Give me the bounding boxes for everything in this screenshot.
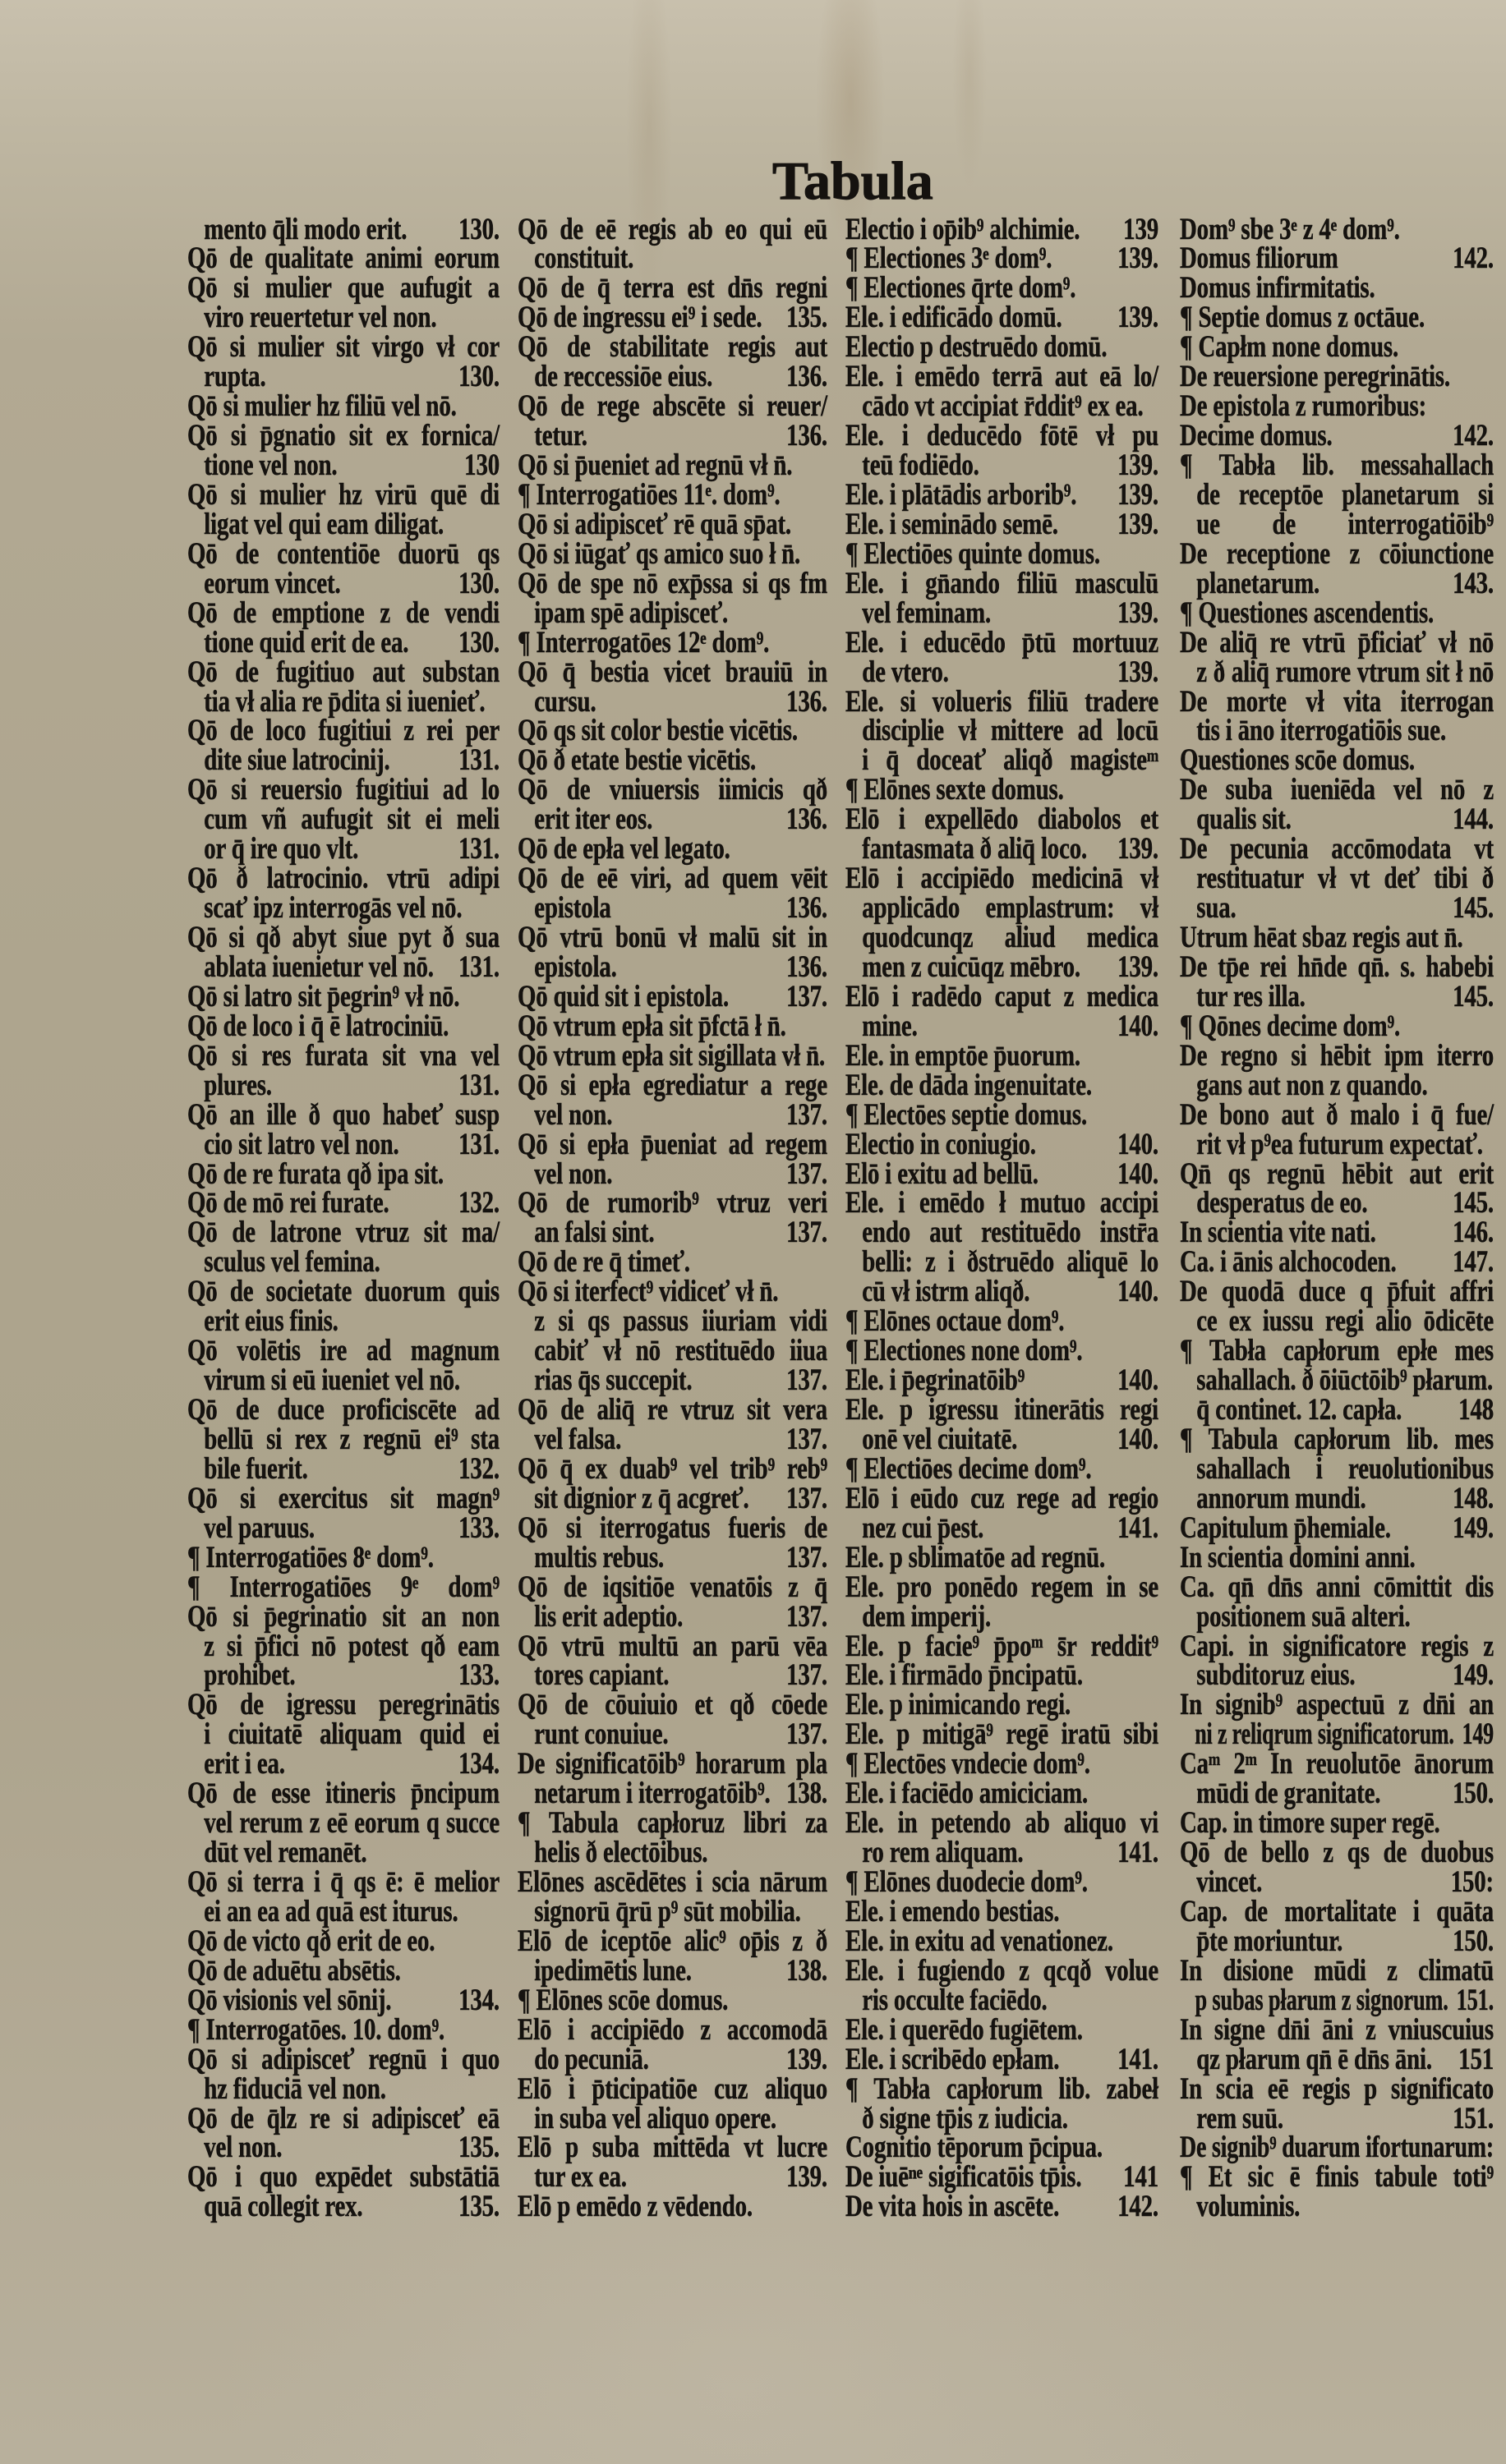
section-heading: ¶ Tabła lib. messahallach bbox=[1180, 451, 1494, 480]
index-entry: Elō i eūdo cuz rege ad regio bbox=[845, 1484, 1158, 1514]
entry-text: Qō de cōuiuio et qð cōede bbox=[518, 1690, 827, 1720]
index-entry: Ele. i educēdo p̄tū mortuuz bbox=[845, 628, 1158, 658]
index-entry: Qō qs sit color bestie vicētis. bbox=[518, 716, 827, 746]
entry-text: rias q̄s succepit. bbox=[534, 1366, 692, 1395]
index-entry: rupta.130. bbox=[187, 362, 500, 392]
section-heading: ¶ Et sic ē finis tabule toti⁹ bbox=[1180, 2163, 1494, 2192]
index-entry: Qō de societate duorum quis bbox=[187, 1277, 500, 1307]
page-reference: 150. bbox=[1453, 1927, 1494, 1956]
index-entry: De tp̄e rei hn̄de qn̄. s. habebi bbox=[1180, 953, 1494, 982]
entry-text: Qō de loco i q̄ ē latrociniū. bbox=[187, 1012, 449, 1041]
entry-text: scať ipz interrogās vel nō. bbox=[204, 894, 462, 923]
page-reference: 131. bbox=[458, 834, 500, 864]
page-reference: 131. bbox=[458, 1071, 500, 1101]
index-entry: Ca. i ānis alchocoden.147. bbox=[1180, 1248, 1494, 1277]
section-heading: ¶ Septie domus z octāue. bbox=[1180, 303, 1494, 333]
entry-text: Cap. de mortalitate i quāta bbox=[1180, 1897, 1494, 1927]
page-reference: 137. bbox=[786, 1543, 827, 1573]
index-entry: epistola136. bbox=[518, 894, 827, 923]
index-entry: Qō si qð abyt siue pyt ð sua bbox=[187, 923, 500, 953]
index-entry: Qō ð latrocinio. vtrū adipi bbox=[187, 864, 500, 894]
index-entry: Dom⁹ sbe 3ᵉ z 4ᵉ dom⁹. bbox=[1180, 215, 1494, 245]
page-reference: 142. bbox=[1453, 244, 1494, 274]
index-entry: plures.131. bbox=[187, 1071, 500, 1101]
page-reference: 149 bbox=[1462, 1720, 1494, 1749]
section-heading-text: ¶ Electiōes quinte domus. bbox=[845, 540, 1100, 569]
index-entry: Ele. de dāda ingenuitate. bbox=[845, 1071, 1158, 1101]
entry-text: p subas płarum z signorum. bbox=[1195, 1986, 1448, 2016]
entry-text: Dom⁹ sbe 3ᵉ z 4ᵉ dom⁹. bbox=[1180, 215, 1400, 245]
page-reference: 137. bbox=[786, 1366, 827, 1395]
index-entry: men z cuicūqz mēbro.139. bbox=[845, 953, 1158, 982]
entry-text: bile fuerit. bbox=[204, 1455, 307, 1484]
entry-text: Qō si mulier hz filiū vel nō. bbox=[187, 392, 457, 421]
index-entry: Ele. i firmādo p̄ncipatū. bbox=[845, 1661, 1158, 1690]
entry-text: Qō de eē viri, ad quem vēit bbox=[518, 864, 827, 894]
entry-text: de receptōe planetarum si bbox=[1196, 480, 1494, 510]
section-heading: ¶ Tabula capłoruz libri za bbox=[518, 1809, 827, 1838]
entry-text: De epistola z rumoribus: bbox=[1180, 392, 1426, 421]
section-heading-text: ¶ Electiones q̄rte dom⁹. bbox=[845, 274, 1075, 303]
index-entry: Qō de q̄lz re si adipisceť eā bbox=[187, 2104, 500, 2134]
entry-text: cādo vt accipiat r̄ddit⁹ ex ea. bbox=[862, 392, 1143, 421]
index-entry: rem suū.151. bbox=[1180, 2104, 1494, 2134]
page-reference: 132. bbox=[458, 1188, 500, 1218]
entry-text: Ele. in petendo ab aliquo vi bbox=[845, 1809, 1158, 1838]
page-reference: 137. bbox=[786, 1602, 827, 1632]
entry-text: epistola bbox=[534, 894, 610, 923]
index-entry: mine.140. bbox=[845, 1012, 1158, 1041]
section-heading: ¶ Interrogatiōes 9ᵉ dom⁹ bbox=[187, 1573, 500, 1602]
page-reference: 130. bbox=[458, 215, 500, 245]
index-entry: tores capiant.137. bbox=[518, 1661, 827, 1690]
index-entry: mento q̄li modo erit.130. bbox=[187, 215, 500, 245]
entry-text: planetarum. bbox=[1196, 569, 1319, 599]
page-reference: 130 bbox=[464, 451, 500, 480]
index-entry: virum si eū iueniet vel nō. bbox=[187, 1366, 500, 1395]
index-entry: ue de interrogatiōib⁹ bbox=[1180, 510, 1494, 540]
entry-text: ligat vel qui eam diligat. bbox=[204, 510, 444, 540]
entry-text: Ele. i faciēdo amiciciam. bbox=[845, 1779, 1088, 1809]
entry-text: De vita hois in ascēte. bbox=[845, 2192, 1059, 2222]
entry-text: Qō de re furata qð ipa sit. bbox=[187, 1160, 444, 1189]
entry-text: In scientia vite nati. bbox=[1180, 1218, 1376, 1248]
entry-text: tur ex ea. bbox=[534, 2163, 627, 2192]
entry-text: ro rem aliquam. bbox=[862, 1838, 1023, 1868]
index-entry: Qō vtrum epła sit p̄fctā ł n̄. bbox=[518, 1012, 827, 1041]
index-column-1: mento q̄li modo erit.130.Qō de qualitate… bbox=[187, 215, 500, 2223]
entry-text: Qō de aliq̄ re vtruz sit vera bbox=[518, 1395, 827, 1425]
index-entry: Decime domus.142. bbox=[1180, 421, 1494, 451]
index-entry: Qō vtrū multū an parū vēa bbox=[518, 1632, 827, 1662]
page-reference: 134. bbox=[458, 1986, 500, 2016]
entry-text: Ca. i ānis alchocoden. bbox=[1180, 1248, 1397, 1277]
entry-text: Ele. i emendo bestias. bbox=[845, 1897, 1059, 1927]
page-reference: 142. bbox=[1453, 421, 1494, 451]
index-entry: Qō de epła vel legato. bbox=[518, 834, 827, 864]
section-heading-text: ¶ Tabła lib. messahallach bbox=[1180, 451, 1494, 480]
page-reference: 130. bbox=[458, 362, 500, 392]
index-entry: Ele. i emendo bestias. bbox=[845, 1897, 1158, 1927]
entry-text: an falsi sint. bbox=[534, 1218, 654, 1248]
entry-text: Caᵐ 2ᵐ In reuolutōe ānorum bbox=[1180, 1749, 1494, 1779]
index-entry: Qō de mō rei furate.132. bbox=[187, 1188, 500, 1218]
index-entry: viro reuertetur vel non. bbox=[187, 303, 500, 333]
index-entry: De significatōib⁹ horarum pla bbox=[518, 1749, 827, 1779]
entry-text: z ð aliq̄ rumore vtrum sit ł nō bbox=[1196, 658, 1494, 687]
entry-text: Qn̄ qs regnū hēbit aut erit bbox=[1180, 1160, 1494, 1189]
index-entry: p subas płarum z signorum.151. bbox=[1180, 1986, 1466, 2016]
entry-text: De bono aut ð malo i q̄ fue/ bbox=[1180, 1101, 1494, 1130]
entry-text: Ele. i gn̄ando filiū masculū bbox=[845, 569, 1158, 599]
index-entry: Elōnes ascēdētes i scia nārum bbox=[518, 1868, 827, 1897]
index-entry: De receptione z cōiunctione bbox=[1180, 540, 1494, 569]
index-entry: Qō si p̄egrinatio sit an non bbox=[187, 1602, 500, 1632]
entry-text: Qō de bello z qs de duobus bbox=[1180, 1838, 1494, 1868]
entry-text: Qō an ille ð quo habeť susp bbox=[187, 1101, 500, 1130]
entry-text: or q̄ ire quo vlt. bbox=[204, 834, 358, 864]
entry-text: Qō de ingressu ei⁹ i sede. bbox=[518, 303, 762, 333]
entry-text: Qō de vniuersis iimicis qð bbox=[518, 775, 827, 805]
page-reference: 133. bbox=[458, 1661, 500, 1690]
index-entry: De vita hois in ascēte.142. bbox=[845, 2192, 1158, 2222]
index-entry: prohibet.133. bbox=[187, 1661, 500, 1690]
index-entry: Ele. i seminādo semē.139. bbox=[845, 510, 1158, 540]
page-reference: 136. bbox=[786, 687, 827, 717]
entry-text: z si qs passus iiuriam vidi bbox=[534, 1307, 827, 1336]
index-entry: vel falsa.137. bbox=[518, 1425, 827, 1455]
entry-text: Qō vtrum epła sit sigillata vł n̄. bbox=[518, 1041, 825, 1071]
page-reference: 137. bbox=[786, 1425, 827, 1455]
page-reference: 139. bbox=[1117, 658, 1158, 687]
index-entry: positionem suā alteri. bbox=[1180, 1602, 1494, 1632]
entry-text: Qō de re q̄ timeť. bbox=[518, 1248, 690, 1277]
index-entry: ris occulte faciēdo. bbox=[845, 1986, 1158, 2016]
page-reference: 150: bbox=[1451, 1868, 1494, 1897]
page-reference: 139. bbox=[1117, 599, 1158, 628]
entry-text: De tp̄e rei hn̄de qn̄. s. habebi bbox=[1180, 953, 1494, 982]
entry-text: Qō de q̄ terra est dn̄s regni bbox=[518, 274, 827, 303]
index-entry: bellū si rex z regnū ei⁹ sta bbox=[187, 1425, 500, 1455]
page-reference: 151 bbox=[1458, 2045, 1494, 2075]
entry-text: Domus infirmitatis. bbox=[1180, 274, 1375, 303]
entry-text: fantasmata ð aliq̄ loco. bbox=[862, 834, 1087, 864]
index-entry: quā collegit rex.135. bbox=[187, 2192, 500, 2222]
entry-text: Qō de fugitiuo aut substan bbox=[187, 658, 500, 687]
index-entry: Electio p destruēdo domū. bbox=[845, 333, 1158, 362]
index-entry: vel paruus.133. bbox=[187, 1514, 500, 1543]
entry-text: ei an ea ad quā est iturus. bbox=[204, 1897, 458, 1927]
entry-text: Qō i quo expēdet substātiā bbox=[187, 2163, 500, 2192]
index-entry: Qō si adipisceť rē quā sp̄at. bbox=[518, 510, 827, 540]
entry-text: prohibet. bbox=[204, 1661, 295, 1690]
index-entry: q̄ continet. 12. capła.148 bbox=[1180, 1395, 1494, 1425]
index-entry: dite siue latrocinij.131. bbox=[187, 746, 500, 775]
index-entry: De suba iueniēda vel nō z bbox=[1180, 775, 1494, 805]
index-entry: Qō si res furata sit vna vel bbox=[187, 1041, 500, 1071]
index-entry: Qō si terra i q̄ qs ē: ē melior bbox=[187, 1868, 500, 1897]
entry-text: Ele. i educēdo p̄tū mortuuz bbox=[845, 628, 1158, 658]
index-entry: an falsi sint.137. bbox=[518, 1218, 827, 1248]
index-entry: tia vł alia re p̄dita si iuenieť. bbox=[187, 687, 500, 717]
index-entry: cabiť vł nō restituēdo iiua bbox=[518, 1336, 827, 1366]
entry-text: Qō de stabilitate regis aut bbox=[518, 333, 827, 362]
index-entry: tur res illa.145. bbox=[1180, 982, 1494, 1012]
index-entry: ipam spē adipisceť. bbox=[518, 599, 827, 628]
index-entry: rias q̄s succepit.137. bbox=[518, 1366, 827, 1395]
index-column-4: Dom⁹ sbe 3ᵉ z 4ᵉ dom⁹.Domus filiorum142.… bbox=[1180, 215, 1494, 2223]
page-reference: 145. bbox=[1453, 894, 1494, 923]
page-reference: 138. bbox=[786, 1956, 827, 1986]
index-entry: Qō de aduētu absētis. bbox=[187, 1956, 500, 1986]
page-reference: 140. bbox=[1117, 1277, 1158, 1307]
entry-text: Elōnes ascēdētes i scia nārum bbox=[518, 1868, 827, 1897]
entry-text: ce ex iussu regi alio ōdicēte bbox=[1196, 1307, 1494, 1336]
section-heading: ¶ Tabła capłorum epłe mes bbox=[1180, 1336, 1494, 1366]
index-entry: Qō si mulier hz virū quē di bbox=[187, 480, 500, 510]
entry-text: Questiones scōe domus. bbox=[1180, 746, 1415, 775]
page-reference: 140. bbox=[1117, 1425, 1158, 1455]
index-entry: erit iter eos.136. bbox=[518, 805, 827, 834]
index-entry: ð signe tp̄is z iudicia. bbox=[845, 2104, 1158, 2134]
section-heading-text: ¶ Electiōes decime dom⁹. bbox=[845, 1455, 1091, 1484]
entry-text: Qō si iūgať qs amico suo ł n̄. bbox=[518, 540, 800, 569]
page-reference: 139 bbox=[1123, 215, 1158, 245]
entry-text: Qō volētis ire ad magnum bbox=[187, 1336, 500, 1366]
entry-text: erit i ea. bbox=[204, 1749, 285, 1779]
entry-text: ni z reliqrum significatorum. bbox=[1195, 1720, 1453, 1749]
index-entry: ni z reliqrum significatorum.149 bbox=[1180, 1720, 1462, 1749]
entry-text: rit vł p⁹ea futurum expectať. bbox=[1196, 1130, 1483, 1160]
entry-text: Qō visionis vel sōnij. bbox=[187, 1986, 391, 2016]
index-entry: Ele. p sblimatōe ad regnū. bbox=[845, 1543, 1158, 1573]
index-entry: ro rem aliquam.141. bbox=[845, 1838, 1158, 1868]
entry-text: Qō si mulier que aufugit a bbox=[187, 274, 500, 303]
section-heading: ¶ Electōes vndecie dom⁹. bbox=[845, 1749, 1158, 1779]
index-entry: cum vñ aufugit sit ei meli bbox=[187, 805, 500, 834]
page-reference: 145. bbox=[1453, 982, 1494, 1012]
page-reference: 131. bbox=[458, 746, 500, 775]
index-entry: Elō i radēdo caput z medica bbox=[845, 982, 1158, 1012]
entry-text: Qō de spe nō exp̄ssa si qs fm bbox=[518, 569, 827, 599]
page-reference: 150. bbox=[1453, 1779, 1494, 1809]
index-entry: vel rerum z eē eorum q succe bbox=[187, 1809, 500, 1838]
entry-text: Qō si terra i q̄ qs ē: ē melior bbox=[187, 1868, 500, 1897]
entry-text: netarum i iterrogatōib⁹. bbox=[534, 1779, 770, 1809]
entry-text: Ele. p facie⁹ p̄poᵐ s̄r reddit⁹ bbox=[845, 1632, 1158, 1662]
section-heading: ¶ Electiōes decime dom⁹. bbox=[845, 1455, 1158, 1484]
index-entry: Qō si iūgať qs amico suo ł n̄. bbox=[518, 540, 827, 569]
index-entry: Ele. in petendo ab aliquo vi bbox=[845, 1809, 1158, 1838]
index-entry: Ele. i faciēdo amiciciam. bbox=[845, 1779, 1158, 1809]
entry-text: Qō de q̄lz re si adipisceť eā bbox=[187, 2104, 500, 2134]
index-entry: Electio in coniugio.140. bbox=[845, 1130, 1158, 1160]
entry-text: Cap. in timore super regē. bbox=[1180, 1809, 1440, 1838]
section-heading-text: ¶ Elōnes octaue dom⁹. bbox=[845, 1307, 1064, 1336]
page-reference: 146. bbox=[1453, 1218, 1494, 1248]
index-entry: sahallach i reuolutionibus bbox=[1180, 1455, 1494, 1484]
page-reference: 136. bbox=[786, 805, 827, 834]
index-entry: desperatus de eo.145. bbox=[1180, 1188, 1494, 1218]
entry-text: vincet. bbox=[1196, 1868, 1262, 1897]
entry-text: q̄ continet. 12. capła. bbox=[1196, 1395, 1402, 1425]
entry-text: Qō de duce proficiscēte ad bbox=[187, 1395, 500, 1425]
entry-text: Ele. i querēdo fugiētem. bbox=[845, 2016, 1083, 2045]
index-entry: Qō de aliq̄ re vtruz sit vera bbox=[518, 1395, 827, 1425]
index-entry: sculus vel femina. bbox=[187, 1248, 500, 1277]
index-entry: eorum vincet.130. bbox=[187, 569, 500, 599]
index-entry: tione quid erit de ea.130. bbox=[187, 628, 500, 658]
page-reference: 139. bbox=[786, 2163, 827, 2192]
index-entry: Ele. i emēdo terrā aut eā lo/ bbox=[845, 362, 1158, 392]
entry-text: Qō de loco fugitiui z rei per bbox=[187, 716, 500, 746]
section-heading-text: ¶ Electiones none dom⁹. bbox=[845, 1336, 1082, 1366]
entry-text: Qō si latro sit p̄egrin⁹ vł nō. bbox=[187, 982, 459, 1012]
page-reference: 151. bbox=[1457, 1986, 1494, 2016]
index-entry: i ciuitatē aliquam quid ei bbox=[187, 1720, 500, 1749]
page-reference: 149. bbox=[1453, 1514, 1494, 1543]
entry-text: Ele. p igressu itinerātis regi bbox=[845, 1395, 1158, 1425]
index-entry: Qō si latro sit p̄egrin⁹ vł nō. bbox=[187, 982, 500, 1012]
index-entry: Ele. in emptōe p̄uorum. bbox=[845, 1041, 1158, 1071]
entry-text: De reuersione peregrinātis. bbox=[1180, 362, 1450, 392]
entry-text: Elō i p̄ticipatiōe cuz aliquo bbox=[518, 2075, 827, 2104]
entry-text: qualis sit. bbox=[1196, 805, 1291, 834]
entry-text: Qō si reuersio fugitiui ad lo bbox=[187, 775, 500, 805]
index-entry: de vtero.139. bbox=[845, 658, 1158, 687]
entry-text: cabiť vł nō restituēdo iiua bbox=[534, 1336, 827, 1366]
index-entry: Elō i accipiēdo medicinā vł bbox=[845, 864, 1158, 894]
page-reference: 142. bbox=[1117, 2192, 1158, 2222]
page-reference: 149. bbox=[1453, 1661, 1494, 1690]
page-reference: 136. bbox=[786, 894, 827, 923]
entry-text: Ele. i firmādo p̄ncipatū. bbox=[845, 1661, 1083, 1690]
section-heading-text: ¶ Elōnes sexte domus. bbox=[845, 775, 1064, 805]
entry-text: z si p̄fici nō potest qð eam bbox=[204, 1632, 500, 1662]
entry-text: Qō de rege abscēte si reuer/ bbox=[518, 392, 827, 421]
index-entry: Utrum hēat sbaz regis aut n̄. bbox=[1180, 923, 1494, 953]
index-entry: Qō de ingressu ei⁹ i sede.135. bbox=[518, 303, 827, 333]
entry-text: Ele. de dāda ingenuitate. bbox=[845, 1071, 1092, 1101]
entry-text: Electio i op̄ib⁹ alchimie. bbox=[845, 215, 1080, 245]
index-entry: Ele. p mitigā⁹ regē iratū sibi bbox=[845, 1720, 1158, 1749]
entry-text: Decime domus. bbox=[1180, 421, 1333, 451]
entry-text: tione quid erit de ea. bbox=[204, 628, 408, 658]
section-heading: ¶ Elōnes sexte domus. bbox=[845, 775, 1158, 805]
entry-text: de vtero. bbox=[862, 658, 948, 687]
entry-text: Cognitio tēporum p̄cipua. bbox=[845, 2133, 1103, 2163]
entry-text: De pecunia accōmodata vt bbox=[1180, 834, 1494, 864]
entry-text: Qō si adipisceť regnū i quo bbox=[187, 2045, 500, 2075]
entry-text: vel feminam. bbox=[862, 599, 991, 628]
page-reference: 139. bbox=[786, 2045, 827, 2075]
index-entry: de reccessiōe eius.136. bbox=[518, 362, 827, 392]
index-entry: do pecuniā.139. bbox=[518, 2045, 827, 2075]
section-heading: ¶ Elōnes scōe domus. bbox=[518, 1986, 827, 2016]
entry-text: Electio in coniugio. bbox=[845, 1130, 1036, 1160]
index-entry: mūdi de granitate.150. bbox=[1180, 1779, 1494, 1809]
entry-text: sua. bbox=[1196, 894, 1236, 923]
index-entry: Ele. i plātādis arborib⁹.139. bbox=[845, 480, 1158, 510]
page-reference: 139. bbox=[1117, 244, 1158, 274]
section-heading: ¶ Capłm none domus. bbox=[1180, 333, 1494, 362]
index-entry: Qō si mulier sit virgo vł cor bbox=[187, 333, 500, 362]
index-entry: Qō de fugitiuo aut substan bbox=[187, 658, 500, 687]
entry-text: dem imperij. bbox=[862, 1602, 991, 1632]
index-entry: i q̄ doceať aliqð magisteᵐ bbox=[845, 746, 1158, 775]
entry-text: rem suū. bbox=[1196, 2104, 1283, 2134]
entry-text: Qō si p̄gnatio sit ex fornica/ bbox=[187, 421, 500, 451]
entry-text: Qō de iqsitiōe venatōis z q̄ bbox=[518, 1573, 827, 1602]
index-entry: netarum i iterrogatōib⁹.138. bbox=[518, 1779, 827, 1809]
entry-text: De signib⁹ duarum ifortunarum: bbox=[1180, 2133, 1494, 2163]
entry-text: ð signe tp̄is z iudicia. bbox=[862, 2104, 1068, 2134]
section-heading-text: ¶ Elōnes scōe domus. bbox=[518, 1986, 728, 2016]
index-entry: lis erit adeptio.137. bbox=[518, 1602, 827, 1632]
entry-text: Ele. p mitigā⁹ regē iratū sibi bbox=[845, 1720, 1158, 1749]
page-reference: 148 bbox=[1458, 1395, 1494, 1425]
section-heading: ¶ Interrogatiōes 11ᵉ. dom⁹. bbox=[518, 480, 827, 510]
index-entry: Qō si p̄gnatio sit ex fornica/ bbox=[187, 421, 500, 451]
section-heading-text: ¶ Tabła capłorum lib. zabeł bbox=[845, 2075, 1158, 2104]
entry-text: i q̄ doceať aliqð magisteᵐ bbox=[862, 746, 1158, 775]
index-entry: p̄te moriuntur.150. bbox=[1180, 1927, 1494, 1956]
entry-text: quodcunqz aliud medica bbox=[862, 923, 1158, 953]
index-entry: Qō de eē regis ab eo qui eū bbox=[518, 215, 827, 245]
index-entry: Qō de esse itineris p̄ncipum bbox=[187, 1779, 500, 1809]
index-entry: In signe dn̄i āni z vniuscuius bbox=[1180, 2016, 1494, 2045]
index-entry: Ele. i fugiendo z qcqð volue bbox=[845, 1956, 1158, 1986]
section-heading-text: ¶ Septie domus z octāue. bbox=[1180, 303, 1425, 333]
entry-text: Ele. i fugiendo z qcqð volue bbox=[845, 1956, 1158, 1986]
entry-text: Ele. in exitu ad venationez. bbox=[845, 1927, 1113, 1956]
index-entry: Electio i op̄ib⁹ alchimie.139 bbox=[845, 215, 1158, 245]
index-entry: Elō i accipiēdo z accomodā bbox=[518, 2016, 827, 2045]
index-entry: endo aut restituēdo instr̄a bbox=[845, 1218, 1158, 1248]
entry-text: vel non. bbox=[534, 1160, 612, 1189]
index-entry: dūt vel remanēt. bbox=[187, 1838, 500, 1868]
entry-text: disciplie vł mittere ad locū bbox=[862, 716, 1158, 746]
entry-text: Elō i exitu ad bellū. bbox=[845, 1160, 1039, 1189]
index-entry: tur ex ea.139. bbox=[518, 2163, 827, 2192]
entry-text: Ele. i plātādis arborib⁹. bbox=[845, 480, 1076, 510]
entry-text: bellū si rex z regnū ei⁹ sta bbox=[204, 1425, 500, 1455]
index-entry: ablata iuenietur vel nō.131. bbox=[187, 953, 500, 982]
index-entry: Qō visionis vel sōnij.134. bbox=[187, 1986, 500, 2016]
index-entry: De bono aut ð malo i q̄ fue/ bbox=[1180, 1101, 1494, 1130]
entry-text: Qō de mō rei furate. bbox=[187, 1188, 389, 1218]
section-heading: ¶ Interrogatōes 12ᵉ dom⁹. bbox=[518, 628, 827, 658]
entry-text: In scientia domini anni. bbox=[1180, 1543, 1416, 1573]
page-reference: 139. bbox=[1117, 480, 1158, 510]
index-entry: Qō si exercitus sit magn⁹ bbox=[187, 1484, 500, 1514]
index-entry: Qō de re furata qð ipa sit. bbox=[187, 1160, 500, 1189]
page-reference: 139. bbox=[1117, 451, 1158, 480]
entry-text: Qō si qð abyt siue pyt ð sua bbox=[187, 923, 500, 953]
entry-text: vel rerum z eē eorum q succe bbox=[204, 1809, 500, 1838]
index-entry: Qō de qualitate animi eorum bbox=[187, 244, 500, 274]
entry-text: Qō q̄ ex duab⁹ vel trib⁹ reb⁹ bbox=[518, 1455, 827, 1484]
index-entry: In signib⁹ aspectuū z dn̄i an bbox=[1180, 1690, 1494, 1720]
entry-text: sahallach. ð ōiūctōib⁹ płarum. bbox=[1196, 1366, 1493, 1395]
section-heading-text: ¶ Elōnes duodecie dom⁹. bbox=[845, 1868, 1088, 1897]
index-entry: Qō vtrum epła sit sigillata vł n̄. bbox=[518, 1041, 827, 1071]
index-entry: quodcunqz aliud medica bbox=[845, 923, 1158, 953]
page-reference: 141. bbox=[1117, 1514, 1158, 1543]
entry-text: sculus vel femina. bbox=[204, 1248, 380, 1277]
entry-text: virum si eū iueniet vel nō. bbox=[204, 1366, 460, 1395]
entry-text: ablata iuenietur vel nō. bbox=[204, 953, 434, 982]
